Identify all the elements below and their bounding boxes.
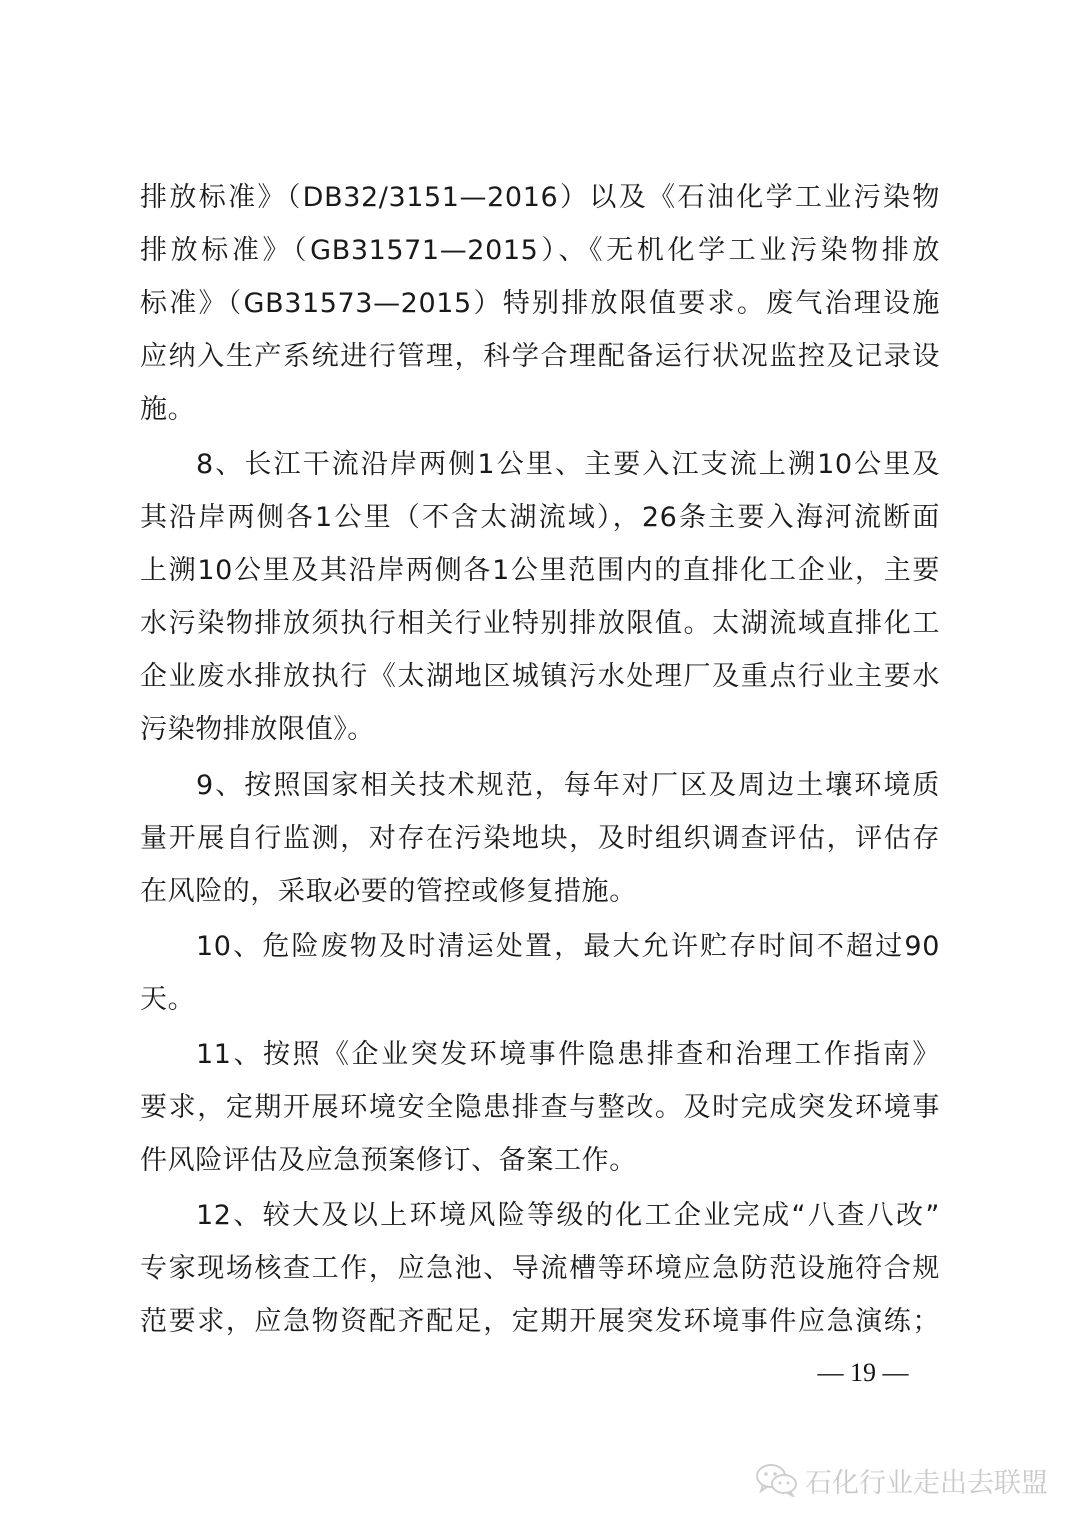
text-line: 10、危险废物及时清运处置，最大允许贮存时间不超过90 (196, 927, 940, 967)
text-line: 排放标准》（DB32/3151—2016）以及《石油化学工业污染物 (140, 178, 940, 218)
text-line: 件风险评估及应急预案修订、备案工作。 (140, 1141, 940, 1181)
text-line: 专家现场核查工作，应急池、导流槽等环境应急防范设施符合规 (140, 1249, 940, 1289)
watermark-text: 石化行业走出去联盟 (805, 1461, 1048, 1500)
text-line: 应纳入生产系统进行管理，科学合理配备运行状况监控及记录设 (140, 337, 940, 377)
watermark: 石化行业走出去联盟 (755, 1460, 1048, 1500)
page-number: — 19 — (808, 1355, 918, 1391)
text-line: 水污染物排放须执行相关行业特别排放限值。太湖流域直排化工 (140, 604, 940, 644)
text-line: 企业废水排放执行《太湖地区城镇污水处理厂及重点行业主要水 (140, 657, 940, 697)
text-line: 天。 (140, 980, 940, 1020)
text-line: 8、长江干流沿岸两侧1公里、主要入江支流上溯10公里及 (196, 445, 940, 485)
wechat-icon (755, 1463, 799, 1497)
text-line: 量开展自行监测，对存在污染地块，及时组织调查评估，评估存 (140, 819, 940, 859)
text-line: 在风险的，采取必要的管控或修复措施。 (140, 872, 940, 912)
text-line: 标准》（GB31573—2015）特别排放限值要求。废气治理设施 (140, 284, 940, 324)
document-page: 排放标准》（DB32/3151—2016）以及《石油化学工业污染物排放标准》（G… (0, 0, 1080, 1527)
text-line: 上溯10公里及其沿岸两侧各1公里范围内的直排化工企业，主要 (140, 551, 940, 591)
text-line: 污染物排放限值》。 (140, 710, 940, 750)
text-line: 9、按照国家相关技术规范，每年对厂区及周边土壤环境质 (196, 766, 940, 806)
text-line: 排放标准》（GB31571—2015）、《无机化学工业污染物排放 (140, 231, 940, 271)
text-line: 施。 (140, 390, 940, 430)
text-line: 范要求，应急物资配齐配足，定期开展突发环境事件应急演练； (140, 1302, 940, 1342)
text-line: 其沿岸两侧各1公里（不含太湖流域），26条主要入海河流断面 (140, 498, 940, 538)
text-line: 要求，定期开展环境安全隐患排查与整改。及时完成突发环境事 (140, 1088, 940, 1128)
text-line: 11、按照《企业突发环境事件隐患排查和治理工作指南》 (196, 1035, 940, 1075)
text-line: 12、较大及以上环境风险等级的化工企业完成“八查八改” (196, 1196, 940, 1236)
